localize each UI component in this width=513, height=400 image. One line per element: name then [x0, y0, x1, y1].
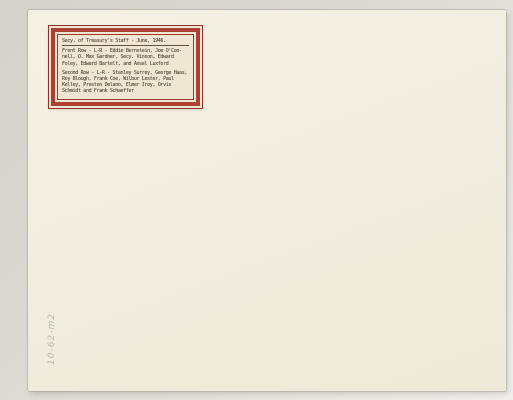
- label-red-border-band: Secy. of Treasury's Staff - June, 1946. …: [51, 28, 200, 106]
- typed-caption-label: Secy. of Treasury's Staff - June, 1946. …: [48, 25, 203, 109]
- caption-line: Schmidt and Frank Schaeffer: [62, 88, 189, 94]
- caption-line: nell, O. Max Gardner, Secy. Vinson, Edwa…: [62, 54, 189, 60]
- handwritten-archive-number: 10-62-m2: [47, 307, 61, 371]
- photograph-verso: Secy. of Treasury's Staff - June, 1946. …: [28, 10, 506, 391]
- front-row-paragraph: Front Row - L-R - Eddie Bernstein, Joe O…: [62, 48, 189, 67]
- scanner-background: Secy. of Treasury's Staff - June, 1946. …: [0, 0, 513, 400]
- label-text-area: Secy. of Treasury's Staff - June, 1946. …: [57, 34, 194, 100]
- caption-line: Foley, Edward Bartelt, and Ansel Luxford: [62, 61, 189, 67]
- second-row-paragraph: Second Row - L-R - Stanley Surrey, Georg…: [62, 70, 189, 95]
- title-underline-rule: [62, 44, 189, 46]
